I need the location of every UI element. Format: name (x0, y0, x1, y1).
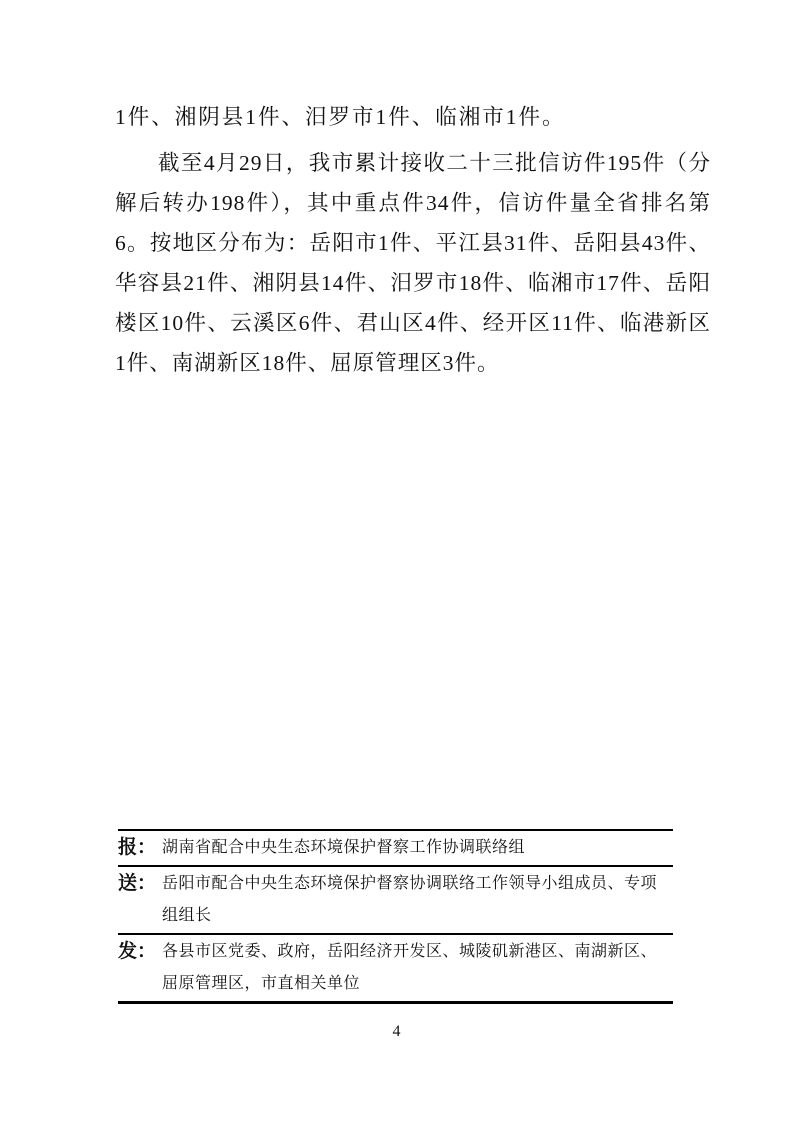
page-number: 4 (0, 1022, 793, 1042)
document-body: 1件、湘阴县1件、汨罗市1件、临湘市1件。 截至4月29日，我市累计接收二十三批… (115, 97, 711, 383)
body-paragraph-continuation: 1件、湘阴县1件、汨罗市1件、临湘市1件。 (115, 97, 711, 137)
distribution-content-song: 岳阳市配合中央生态环境保护督察协调联络工作领导小组成员、专项组组长 (156, 868, 673, 932)
document-page: 1件、湘阴县1件、汨罗市1件、临湘市1件。 截至4月29日，我市累计接收二十三批… (0, 0, 793, 1122)
distribution-row-fa: 发： 各县市区党委、政府，岳阳经济开发区、城陵矶新港区、南湖新区、屈原管理区，市… (118, 935, 673, 1001)
distribution-row-bao: 报： 湖南省配合中央生态环境保护督察工作协调联络组 (118, 831, 673, 867)
distribution-content-bao: 湖南省配合中央生态环境保护督察工作协调联络组 (156, 832, 673, 864)
distribution-content-fa: 各县市区党委、政府，岳阳经济开发区、城陵矶新港区、南湖新区、屈原管理区，市直相关… (156, 936, 673, 1000)
distribution-list: 报： 湖南省配合中央生态环境保护督察工作协调联络组 送： 岳阳市配合中央生态环境… (118, 829, 673, 1004)
distribution-row-song: 送： 岳阳市配合中央生态环境保护督察协调联络工作领导小组成员、专项组组长 (118, 867, 673, 935)
body-paragraph-summary: 截至4月29日，我市累计接收二十三批信访件195件（分解后转办198件），其中重… (115, 143, 711, 383)
distribution-label-song: 送： (118, 868, 156, 900)
distribution-label-bao: 报： (118, 832, 156, 864)
distribution-label-fa: 发： (118, 936, 156, 968)
